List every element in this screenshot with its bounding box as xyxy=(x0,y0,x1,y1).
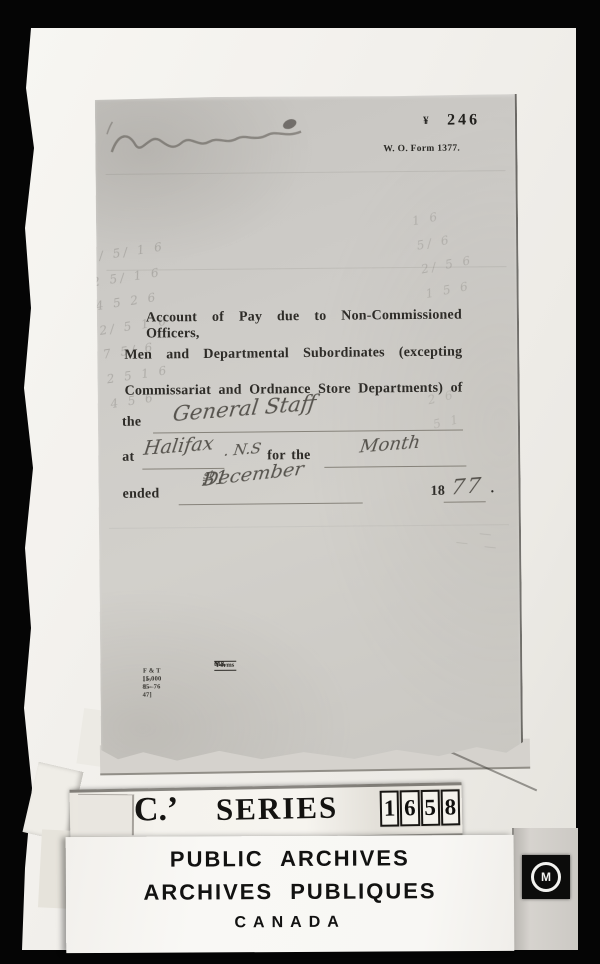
bleedthrough-rule xyxy=(109,524,509,529)
top-scrawl xyxy=(104,109,356,164)
series-number: 1 6 5 8 xyxy=(380,788,461,828)
blank-line xyxy=(324,465,466,467)
form-reference: W. O. Form 1377. xyxy=(383,144,460,155)
archives-country: CANADA xyxy=(66,913,514,933)
series-digit: 8 xyxy=(440,789,460,825)
bleedthrough-numerals-low: / / / xyxy=(450,528,517,601)
microfilm-logo-icon: M xyxy=(531,862,561,892)
series-digit: 5 xyxy=(420,790,440,826)
body-line-2: Men and Departmental Subordinates (excep… xyxy=(124,345,462,364)
archives-title-en: PUBLIC ARCHIVES xyxy=(66,845,514,873)
date-month: December xyxy=(201,458,305,491)
scanned-microfilm-frame: ¥ 246 W. O. Form 1377. 2/ 5/ 1 6 2 5/ 1 … xyxy=(0,0,600,964)
field-label-the: the xyxy=(122,415,141,431)
end-period: . xyxy=(491,481,495,497)
series-digit: 6 xyxy=(400,790,420,826)
body-line-1: Account of Pay due to Non-Commissioned O… xyxy=(146,308,462,343)
printed-year-prefix: 18 xyxy=(431,484,446,500)
stamp-bottom: 652 xyxy=(214,661,224,669)
handwritten-place-suffix: . N.S xyxy=(223,439,263,460)
handwritten-period-word: Month xyxy=(358,432,421,458)
archives-card: PUBLIC ARCHIVES ARCHIVES PUBLIQUES CANAD… xyxy=(66,835,515,953)
wo-form-page: ¥ 246 W. O. Form 1377. 2/ 5/ 1 6 2 5/ 1 … xyxy=(95,94,523,762)
series-digit: 1 xyxy=(380,790,400,826)
bleedthrough-numerals-right: 1 6 5/ 6 2/ 5 6 1 5 6 xyxy=(410,193,516,306)
field-label-ended: ended xyxy=(123,486,160,502)
handwritten-place: Halifax xyxy=(142,433,215,460)
imprint-line-2: [1-85-47] xyxy=(142,676,151,700)
bleedthrough-rule xyxy=(106,170,506,175)
series-prefix: C.’ xyxy=(134,791,179,830)
handwritten-year: 77 xyxy=(450,473,484,499)
page-number: 246 xyxy=(447,111,480,129)
stamp-mark: ¥ xyxy=(423,115,432,127)
field-label-at: at xyxy=(122,450,134,466)
blank-line xyxy=(444,501,486,502)
blank-line xyxy=(179,502,363,505)
handwriting-scrawl-icon xyxy=(104,109,356,164)
microfilm-emblem: M xyxy=(522,855,570,899)
series-word: SERIES xyxy=(216,790,339,828)
archives-title-fr: ARCHIVES PUBLIQUES xyxy=(66,878,514,906)
tape-fragment xyxy=(78,794,134,835)
